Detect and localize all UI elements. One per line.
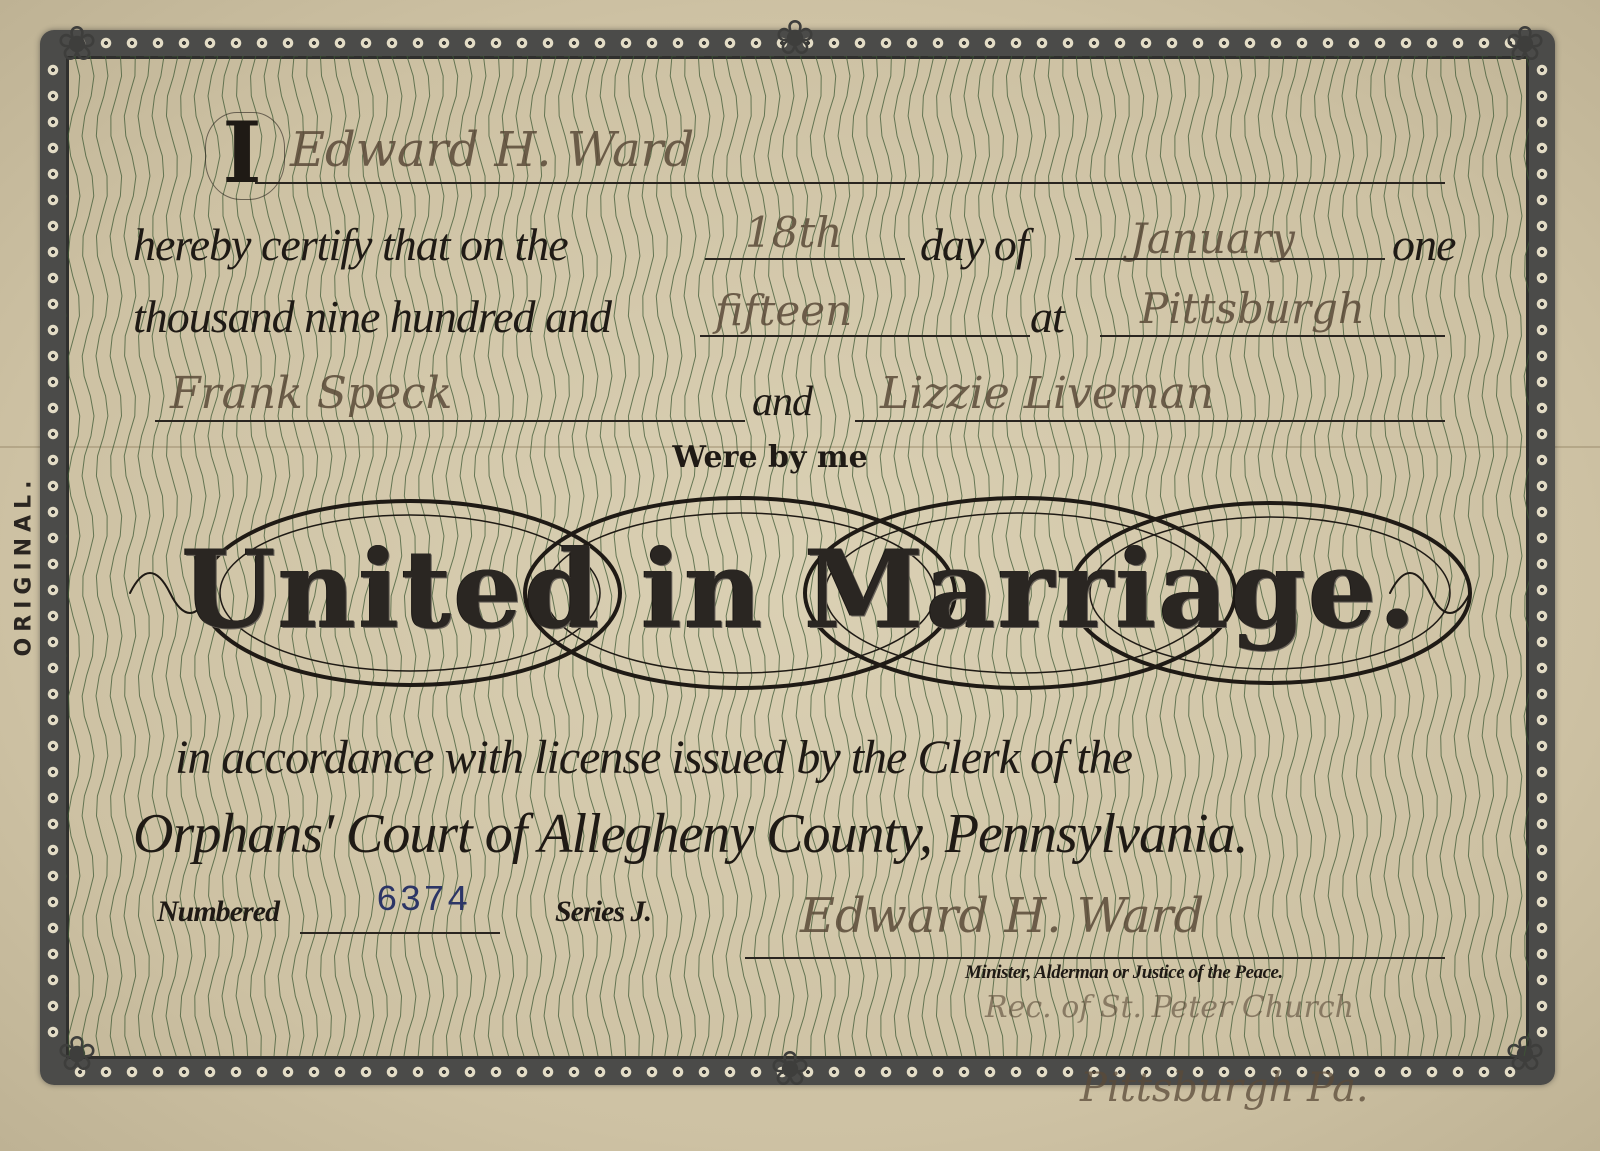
groom-line	[155, 420, 745, 422]
number-line	[300, 932, 500, 934]
series-label: Series J.	[555, 895, 651, 929]
certify-text: hereby certify that on the	[133, 218, 568, 271]
signature-line	[745, 957, 1445, 959]
place-line	[1100, 335, 1445, 337]
signature-caption: Minister, Alderman or Justice of the Pea…	[965, 962, 1283, 984]
officiant-name-handwritten: Edward H. Ward	[290, 122, 694, 178]
one-text: one	[1392, 218, 1455, 271]
bride-handwritten: Lizzie Liveman	[880, 368, 1214, 419]
officiant-title-handwritten: Rec. of St. Peter Church	[985, 990, 1354, 1025]
month-line	[1075, 258, 1385, 260]
headline-banner: United in Marriage.	[120, 485, 1480, 700]
court-text: Orphans' Court of Allegheny County, Penn…	[133, 802, 1248, 866]
certificate-content: I Edward H. Ward hereby certify that on …	[0, 0, 1600, 1151]
month-handwritten: January	[1130, 214, 1295, 263]
headline-united-in-marriage: United in Marriage.	[120, 525, 1480, 655]
bride-line	[855, 420, 1445, 422]
were-by-me-text: Were by me	[655, 440, 885, 475]
officiant-signature: Edward H. Ward	[800, 888, 1204, 944]
license-text: in accordance with license issued by the…	[175, 730, 1132, 785]
initial-letter: I	[222, 108, 262, 198]
and-text: and	[752, 378, 812, 426]
numbered-label: Numbered	[157, 895, 279, 929]
thousand-text: thousand nine hundred and	[133, 290, 611, 343]
year-handwritten: fifteen	[715, 286, 852, 335]
officiant-location-handwritten: Pittsburgh Pa.	[1080, 1065, 1369, 1111]
year-line	[700, 335, 1030, 337]
day-line	[705, 258, 905, 260]
at-text: at	[1030, 290, 1064, 343]
officiant-line	[255, 182, 1445, 184]
certificate-number: 6374	[376, 880, 470, 921]
day-of-text: day of	[920, 218, 1028, 271]
day-handwritten: 18th	[745, 208, 842, 257]
place-handwritten: Pittsburgh	[1140, 284, 1365, 333]
groom-handwritten: Frank Speck	[170, 368, 452, 419]
